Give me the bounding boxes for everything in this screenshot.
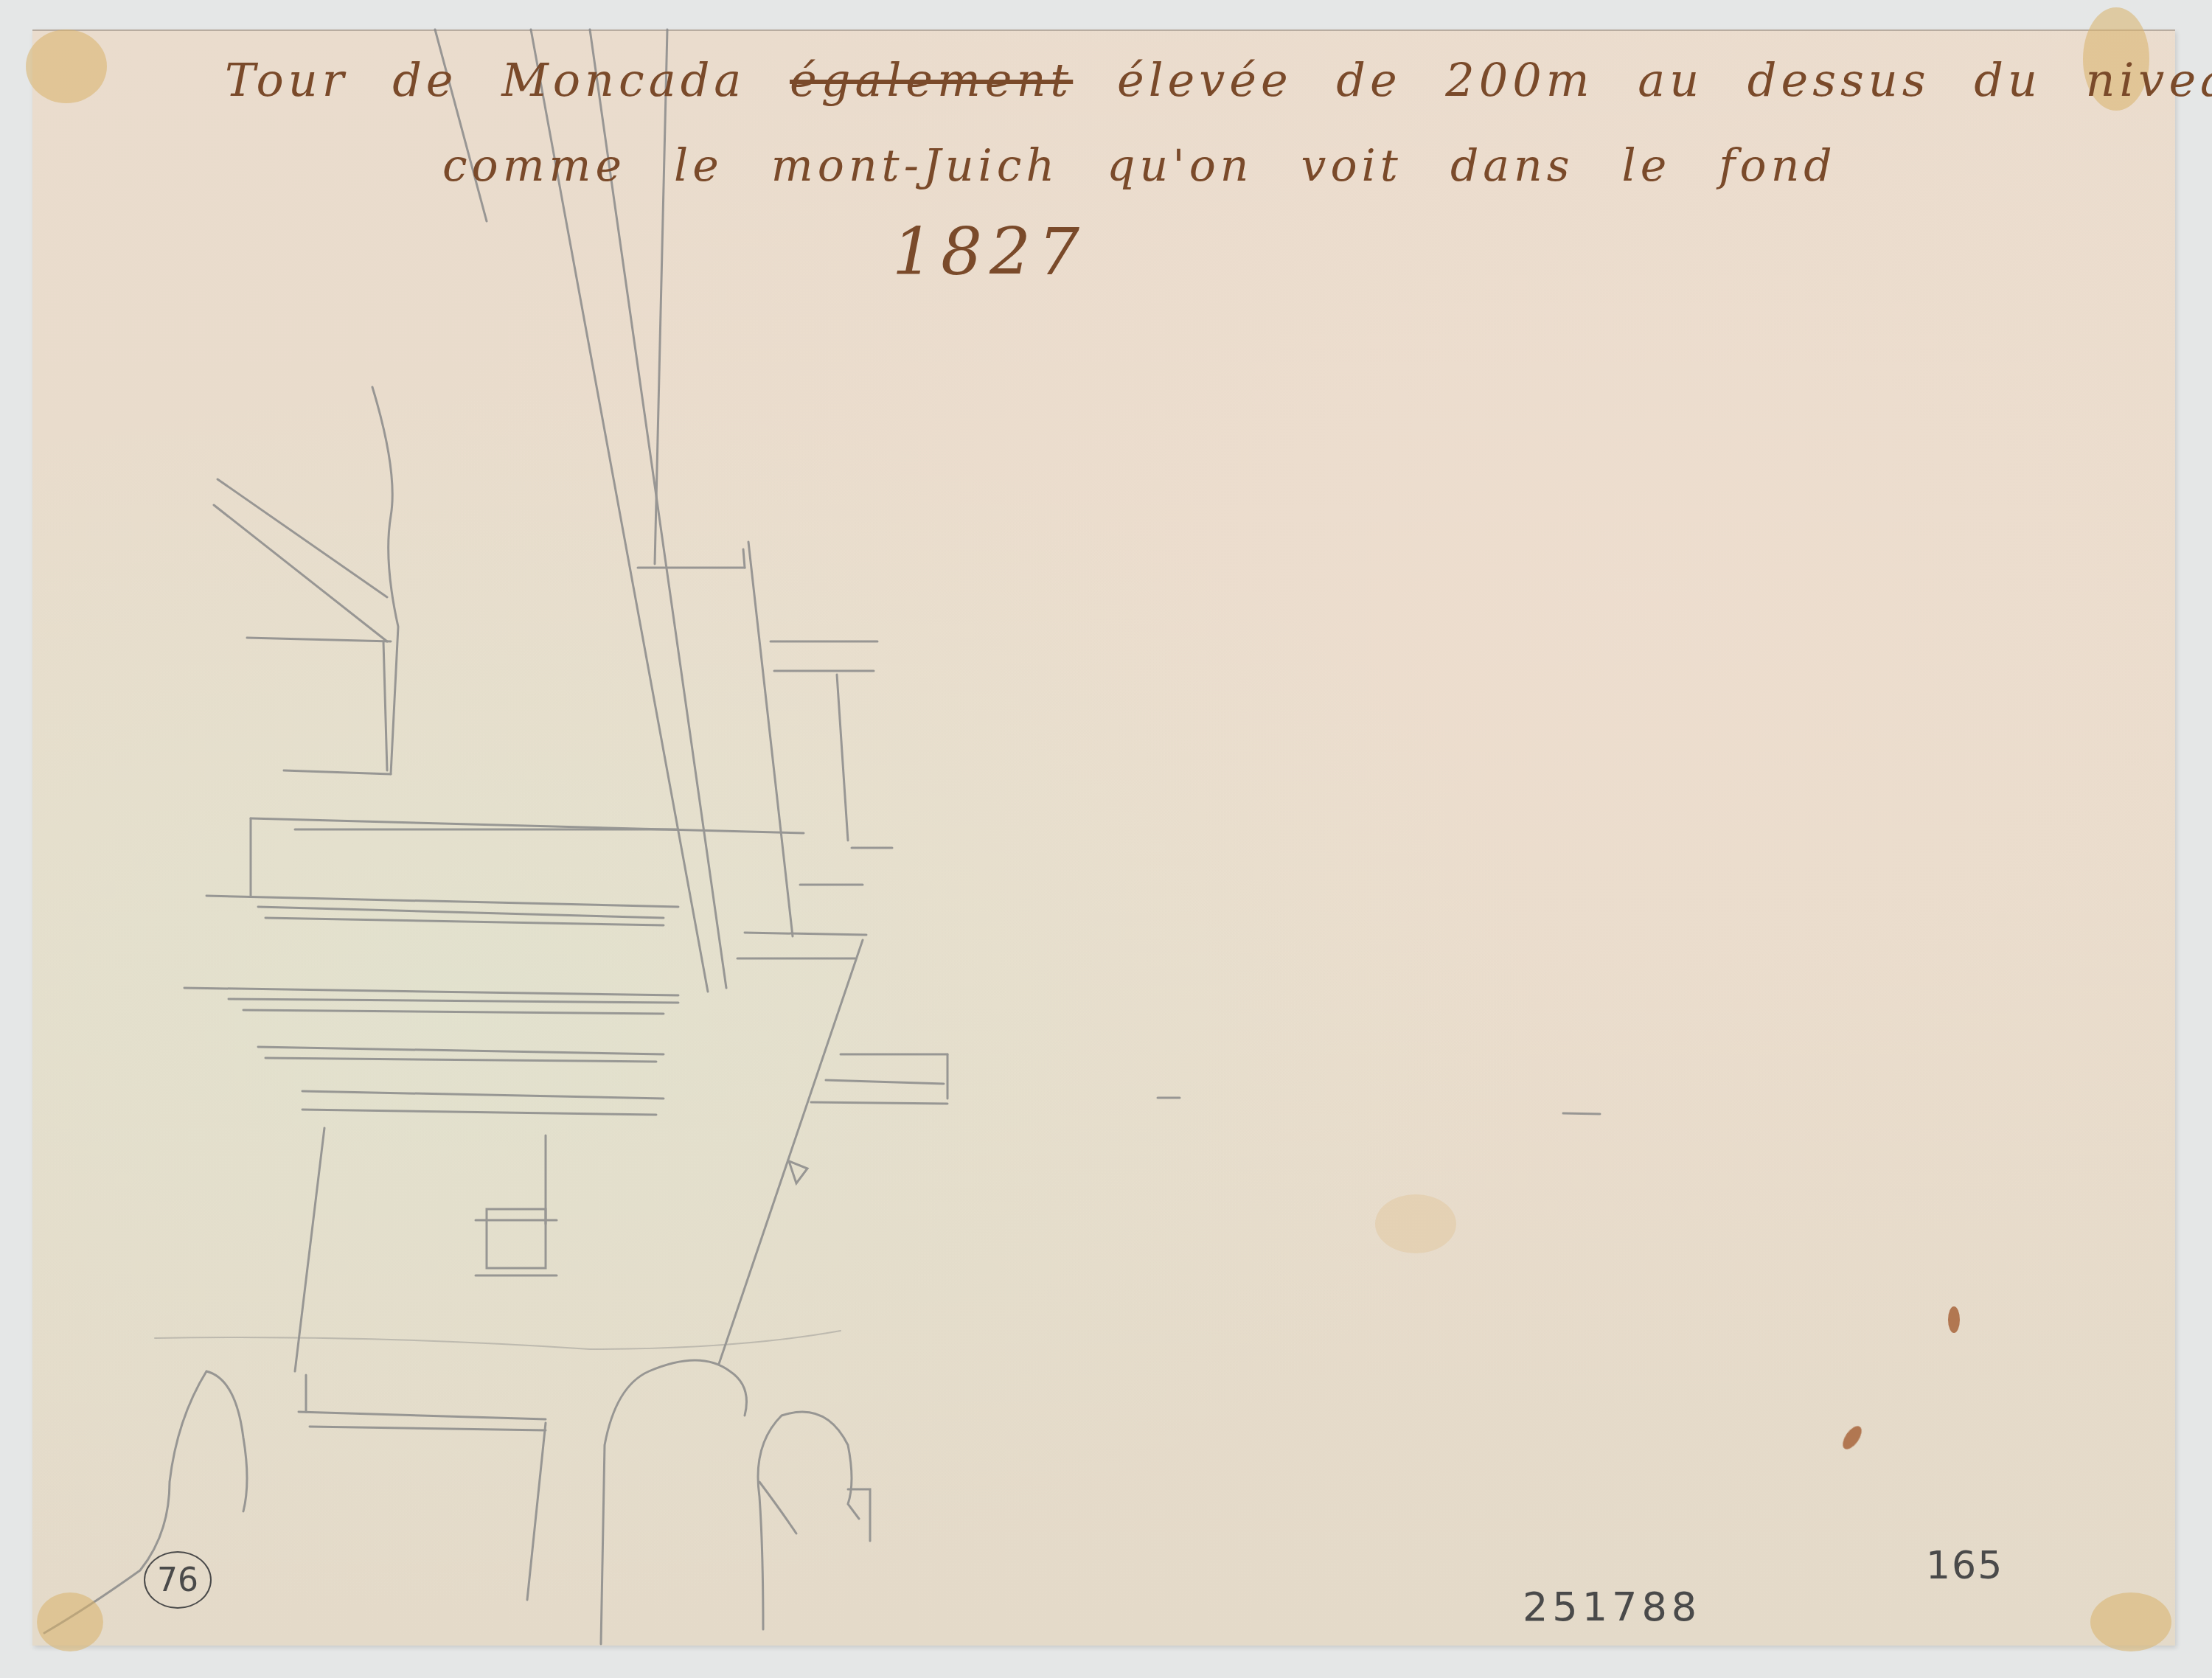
tower-sketch xyxy=(0,0,2212,1678)
inscription-title: Tour de Moncada xyxy=(225,53,745,107)
inscription-year: 1827 xyxy=(892,214,1087,290)
inscription-struck-word: également xyxy=(790,53,1073,107)
sheet-number-circled: 76 xyxy=(144,1551,212,1609)
inscription-line-1-rest: élevée de 200m au dessus du niveau de la… xyxy=(1117,53,2212,107)
folio-number: 165 xyxy=(1926,1544,2003,1588)
inventory-number: 251788 xyxy=(1523,1584,1701,1630)
inscription-line-1: Tour de Moncada également élevée de 200m… xyxy=(225,53,2212,107)
inscription-line-2: comme le mont-Juich qu'on voit dans le f… xyxy=(442,140,1837,192)
sheet-number: 76 xyxy=(157,1562,198,1599)
